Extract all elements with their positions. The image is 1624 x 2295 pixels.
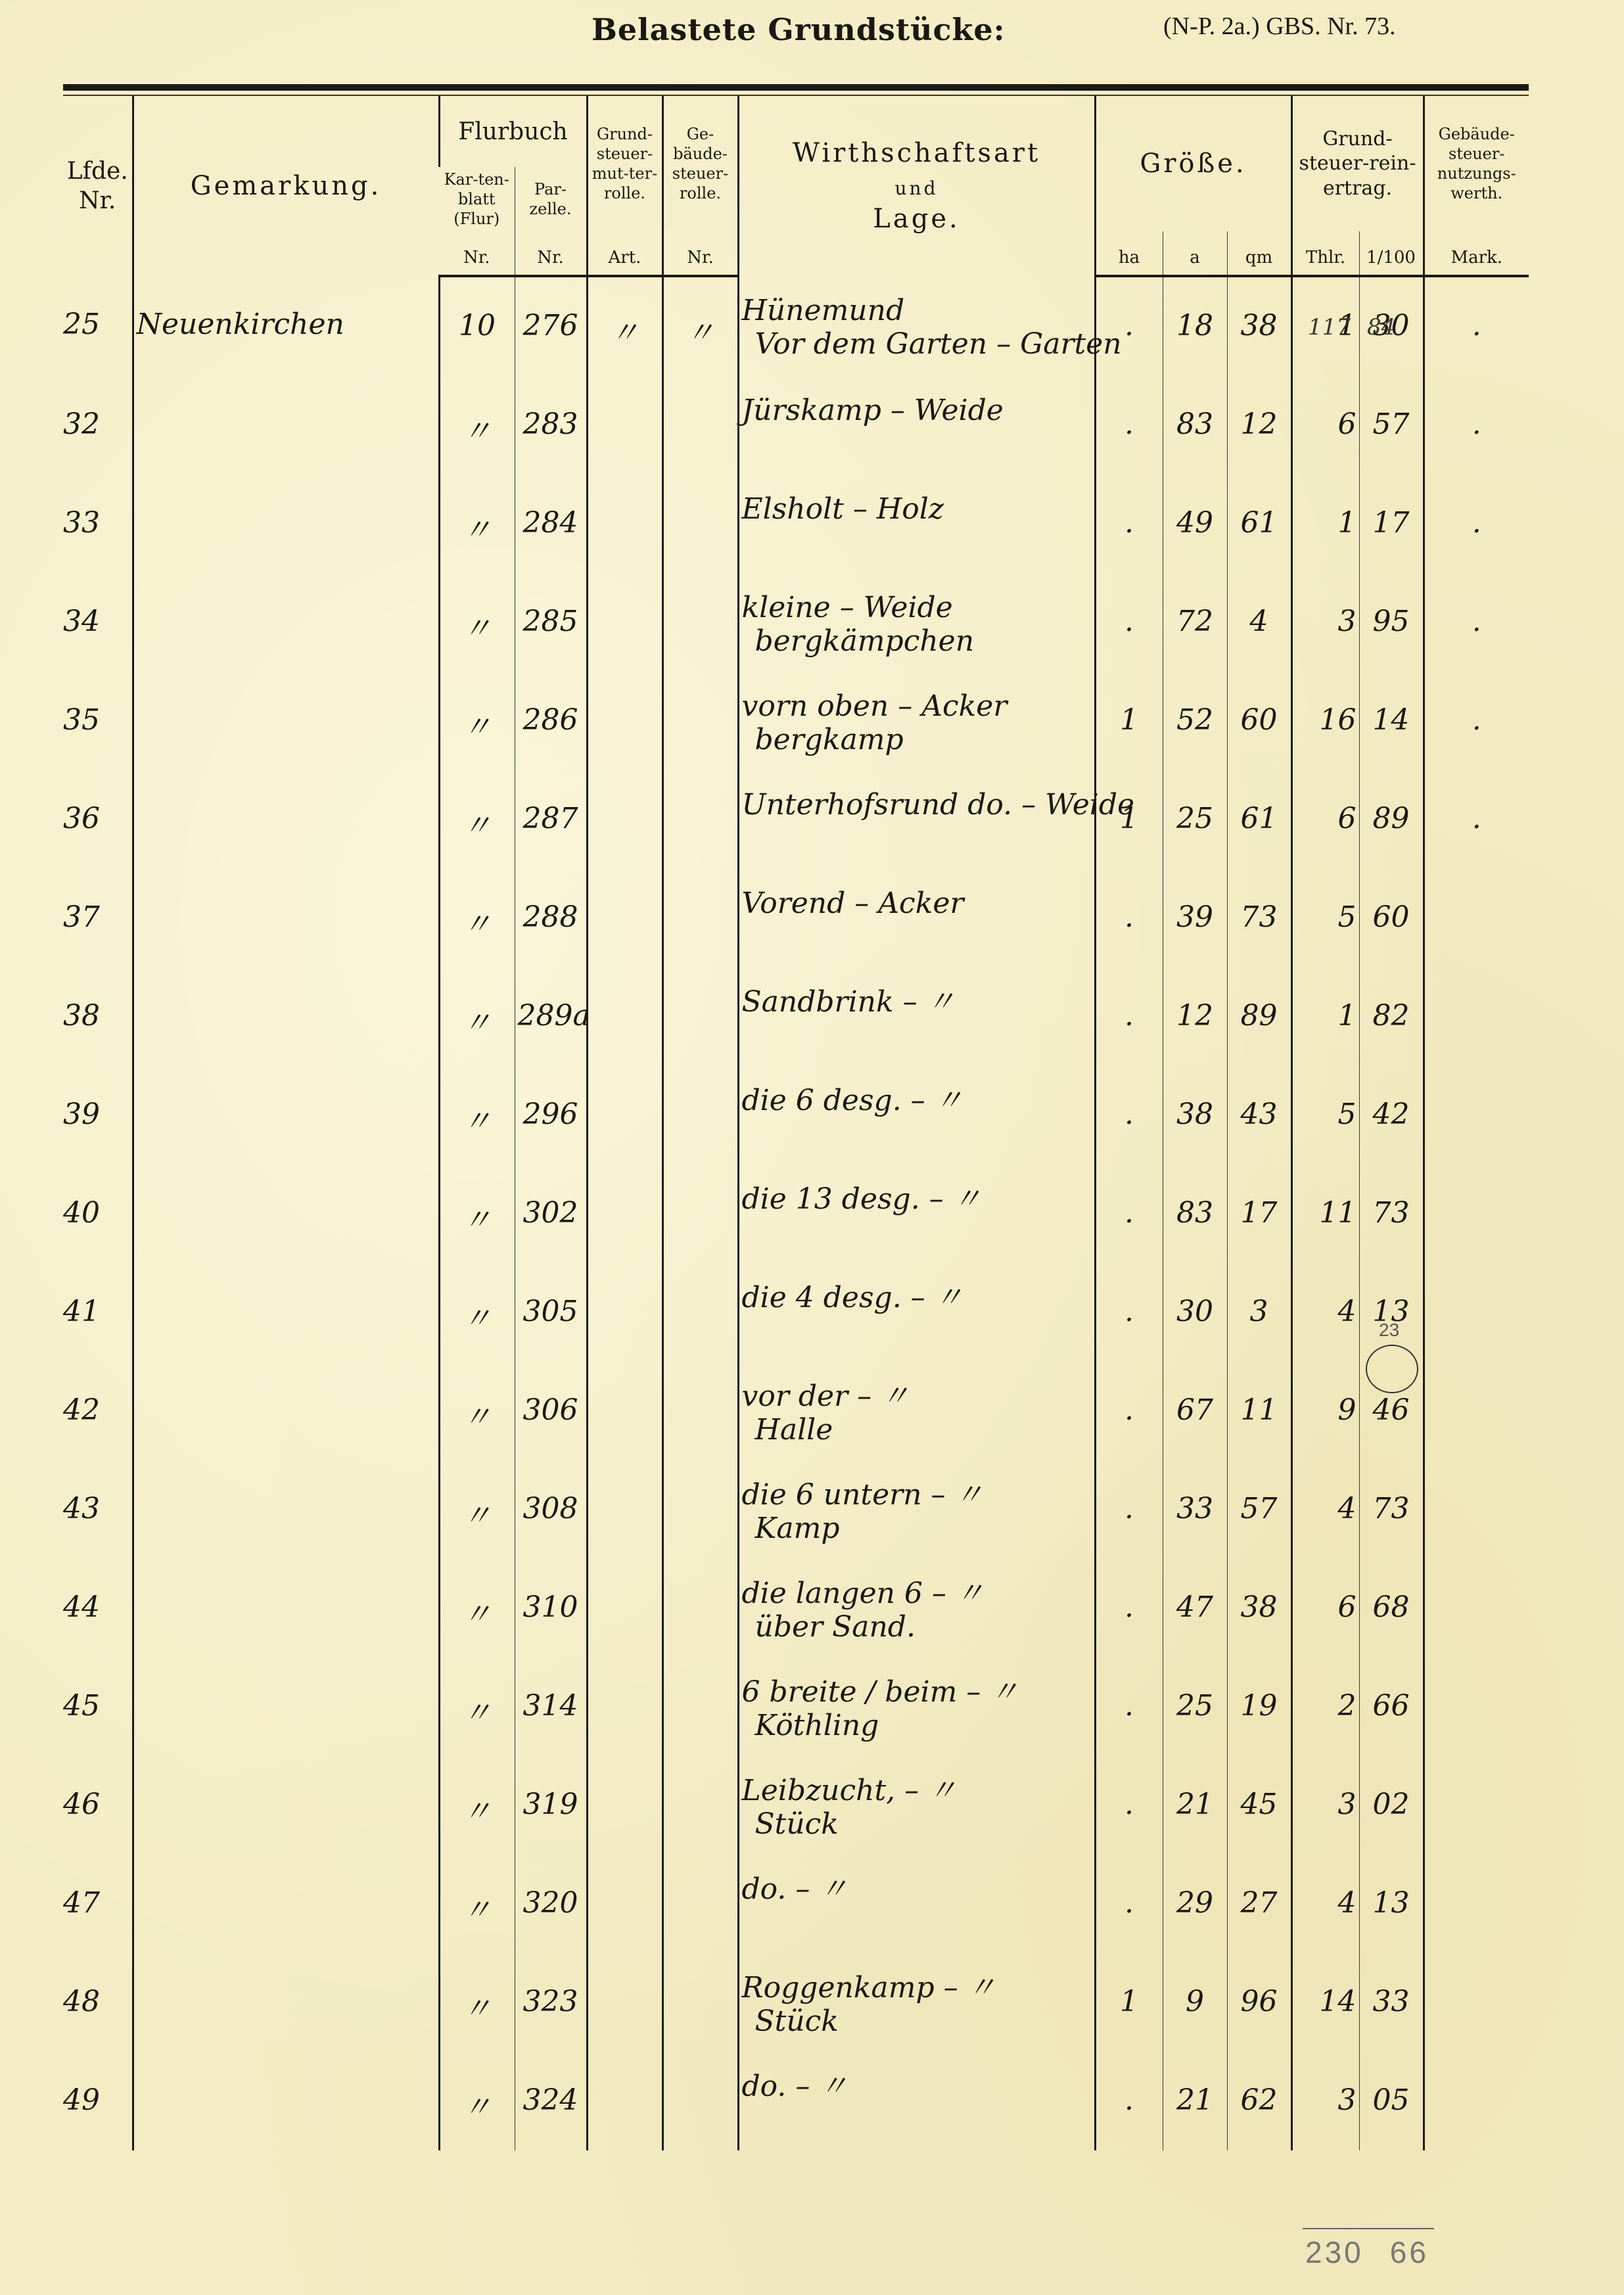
row-qm: 61 [1227,475,1291,573]
row-lfd-nr: 36 [63,770,133,869]
table-row: 41〃305die 4 desg. – 〃.303413 [63,1263,1529,1362]
row-kartenblatt: 〃 [439,1559,515,1657]
row-gemarkung [133,1756,439,1855]
row-gebaeuderolle-nr [662,376,738,475]
row-mark [1424,1855,1529,1953]
row-lfd-nr: 45 [63,1657,133,1756]
row-qm: 73 [1227,869,1291,967]
lage-line-2: Vor dem Garten – Garten [742,328,1092,361]
row-hundredths: 68 [1359,1559,1424,1657]
row-gebaeuderolle-nr [662,1657,738,1756]
row-hundredths: 02 [1359,1756,1424,1855]
row-gemarkung: Neuenkirchen [133,276,439,376]
lage-line-1: kleine – Weide [742,591,953,624]
row-mutterrolle-art [587,869,662,967]
row-hundredths: 73 [1359,1460,1424,1559]
row-gemarkung [133,573,439,672]
lage-line-1: die 6 untern – 〃 [742,1478,984,1512]
col-header-gebaeudesteuerrolle: Ge-bäude-steuer-rolle. [662,96,738,231]
row-gemarkung [133,967,439,1066]
row-hundredths: 05 [1359,2052,1424,2150]
row-lfd-nr: 38 [63,967,133,1066]
col-header-grundsteuermutterrolle: Grund-steuer-mut-ter-rolle. [587,96,662,231]
row-gemarkung [133,2052,439,2150]
row-qm: 3 [1227,1263,1291,1362]
row-wirthschaftsart: die 6 untern – 〃Kamp [738,1460,1095,1559]
row-qm: 62 [1227,2052,1291,2150]
col-header-flurbuch: Flurbuch [439,96,587,167]
row-mutterrolle-art [587,1559,662,1657]
row-mark [1424,1066,1529,1165]
row-mark [1424,2052,1529,2150]
row-ha: . [1095,1362,1163,1460]
row-mutterrolle-art [587,2052,662,2150]
row-qm: 61 [1227,770,1291,869]
row-mutterrolle-art [587,1165,662,1263]
lage-line-1: Roggenkamp – 〃 [742,1971,996,2005]
row-qm: 19 [1227,1657,1291,1756]
row-mark [1424,1953,1529,2052]
row-hundredths: 14 [1359,672,1424,770]
form-code: (N-P. 2a.) GBS. Nr. 73. [1163,12,1396,41]
row-mark: . [1424,276,1529,376]
row-wirthschaftsart: Leibzucht, – 〃Stück [738,1756,1095,1855]
row-a: 49 [1163,475,1227,573]
table-row: 38〃289aSandbrink – 〃.1289182 [63,967,1529,1066]
lage-line-2: Halle [742,1414,1092,1447]
row-wirthschaftsart: Sandbrink – 〃 [738,967,1095,1066]
row-mark [1424,967,1529,1066]
row-hundredths: 73 [1359,1165,1424,1263]
row-kartenblatt: 〃 [439,2052,515,2150]
row-wirthschaftsart: vorn oben – Ackerbergkamp [738,672,1095,770]
row-mutterrolle-art [587,1953,662,2052]
row-hundredths: 17 [1359,475,1424,573]
unit-thlr: Thlr. [1291,231,1359,276]
row-parzelle: 323 [515,1953,587,2052]
row-a: 67 [1163,1362,1227,1460]
row-a: 12 [1163,967,1227,1066]
row-ha: . [1095,1657,1163,1756]
row-kartenblatt: 〃 [439,1953,515,2052]
row-gebaeuderolle-nr [662,1165,738,1263]
col-header-groesse: Größe. [1095,96,1291,231]
row-lfd-nr: 44 [63,1559,133,1657]
row-gemarkung [133,1657,439,1756]
row-mutterrolle-art [587,1066,662,1165]
unit-hundredths: 1/100 [1359,231,1424,276]
register-table: Lfde. Nr. Gemarkung. Flurbuch Grund-steu… [63,96,1529,2150]
carry-over-hundredths: 84 [1367,314,1395,340]
row-lfd-nr: 32 [63,376,133,475]
row-mark [1424,1756,1529,1855]
unit-kartenblatt-nr: Nr. [439,231,515,276]
lage-line-1: Jürskamp – Weide [742,394,1004,427]
row-mutterrolle-art [587,1855,662,1953]
row-ha: 1 [1095,1953,1163,2052]
row-gemarkung [133,672,439,770]
row-a: 72 [1163,573,1227,672]
table-row: 37〃288Vorend – Acker.3973560 [63,869,1529,967]
row-thlr: 4 [1291,1460,1359,1559]
carry-over-thlr: 117 [1308,314,1351,340]
row-hundredths: 42 [1359,1066,1424,1165]
row-gebaeuderolle-nr [662,1263,738,1362]
table-row: 44〃310die langen 6 – 〃über Sand..4738668 [63,1559,1529,1657]
lage-line-1: Elsholt – Holz [742,492,944,526]
correction-note: 23 [1379,1320,1399,1341]
row-gemarkung [133,869,439,967]
row-qm: 38 [1227,276,1291,376]
row-thlr: 6 [1291,1559,1359,1657]
row-gebaeuderolle-nr [662,1066,738,1165]
row-gemarkung [133,1559,439,1657]
row-mutterrolle-art [587,475,662,573]
lage-line-1: Hünemund [742,294,905,327]
row-thlr: 3 [1291,573,1359,672]
row-gebaeuderolle-nr [662,1460,738,1559]
row-qm: 27 [1227,1855,1291,1953]
row-lfd-nr: 39 [63,1066,133,1165]
row-lfd-nr: 35 [63,672,133,770]
row-mutterrolle-art [587,1362,662,1460]
row-gemarkung [133,376,439,475]
lage-line-2: Köthling [742,1709,1092,1743]
row-lfd-nr: 49 [63,2052,133,2150]
row-lfd-nr: 42 [63,1362,133,1460]
row-a: 25 [1163,770,1227,869]
row-wirthschaftsart: do. – 〃 [738,1855,1095,1953]
lage-line-1: die langen 6 – 〃 [742,1577,985,1610]
row-thlr: 9 [1291,1362,1359,1460]
lage-line-2: über Sand. [742,1611,1092,1644]
row-parzelle: 320 [515,1855,587,1953]
lage-line-1: vor der – 〃 [742,1379,910,1413]
row-ha: . [1095,1559,1163,1657]
header-rule-thick [63,84,1529,91]
lage-line-1: Unterhofsrund do. – Weide [742,788,1135,822]
row-parzelle: 305 [515,1263,587,1362]
table-row: 34〃285kleine – Weidebergkämpchen.724395. [63,573,1529,672]
row-thlr: 4 [1291,1263,1359,1362]
row-gebaeuderolle-nr [662,573,738,672]
row-gebaeuderolle-nr [662,672,738,770]
row-lfd-nr: 34 [63,573,133,672]
row-lfd-nr: 41 [63,1263,133,1362]
row-kartenblatt: 〃 [439,1657,515,1756]
row-mutterrolle-art: 〃 [587,276,662,376]
row-mutterrolle-art [587,1460,662,1559]
row-mark: . [1424,475,1529,573]
row-mark: . [1424,672,1529,770]
row-lfd-nr: 48 [63,1953,133,2052]
total-rule [1303,2228,1434,2229]
row-kartenblatt: 10 [439,276,515,376]
table-row: 42〃306vor der – 〃Halle.6711946 [63,1362,1529,1460]
row-qm: 43 [1227,1066,1291,1165]
row-parzelle: 302 [515,1165,587,1263]
lage-line-1: do. – 〃 [742,1872,848,1906]
row-lfd-nr: 47 [63,1855,133,1953]
row-ha: . [1095,1263,1163,1362]
row-gemarkung [133,1165,439,1263]
row-thlr: 11 [1291,1165,1359,1263]
row-wirthschaftsart: Vorend – Acker [738,869,1095,967]
row-gemarkung [133,770,439,869]
lage-line-2: Stück [742,2005,1092,2039]
row-thlr: 1 [1291,967,1359,1066]
row-gemarkung [133,1066,439,1165]
lage-line-2: bergkamp [742,724,1092,757]
row-thlr: 6 [1291,770,1359,869]
row-mutterrolle-art [587,967,662,1066]
row-gemarkung [133,1855,439,1953]
row-wirthschaftsart: HünemundVor dem Garten – Garten [738,276,1095,376]
unit-parzelle-nr: Nr. [515,231,587,276]
row-mutterrolle-art [587,1756,662,1855]
row-hundredths: 66 [1359,1657,1424,1756]
lage-line-2: bergkämpchen [742,625,1092,659]
unit-gebaeuderolle-nr: Nr. [662,231,738,276]
row-hundredths: 60 [1359,869,1424,967]
row-parzelle: 308 [515,1460,587,1559]
lage-line-1: Sandbrink – 〃 [742,985,956,1019]
table-row: 39〃296die 6 desg. – 〃.3843542 [63,1066,1529,1165]
row-lfd-nr: 40 [63,1165,133,1263]
row-parzelle: 284 [515,475,587,573]
row-a: 30 [1163,1263,1227,1362]
page-title: Belastete Grundstücke: [592,12,1006,47]
row-kartenblatt: 〃 [439,869,515,967]
row-hundredths: 33 [1359,1953,1424,2052]
row-hundredths: 57 [1359,376,1424,475]
row-parzelle: 296 [515,1066,587,1165]
row-gemarkung [133,475,439,573]
row-parzelle: 319 [515,1756,587,1855]
row-ha: . [1095,2052,1163,2150]
row-lfd-nr: 46 [63,1756,133,1855]
row-mark [1424,1559,1529,1657]
row-ha: . [1095,1066,1163,1165]
row-gebaeuderolle-nr [662,1756,738,1855]
row-a: 29 [1163,1855,1227,1953]
row-parzelle: 283 [515,376,587,475]
row-a: 39 [1163,869,1227,967]
row-qm: 60 [1227,672,1291,770]
row-mutterrolle-art [587,1263,662,1362]
row-a: 21 [1163,2052,1227,2150]
row-qm: 17 [1227,1165,1291,1263]
row-ha: 1 [1095,672,1163,770]
lage-line-1: die 4 desg. – 〃 [742,1281,963,1314]
total-sum: 23066 [1305,2235,1429,2270]
row-kartenblatt: 〃 [439,573,515,672]
row-qm: 11 [1227,1362,1291,1460]
table-row: 35〃286vorn oben – Ackerbergkamp152601614… [63,672,1529,770]
lage-line-1: 6 breite / beim – 〃 [742,1675,1019,1709]
row-mark [1424,1165,1529,1263]
row-thlr: 1 [1291,475,1359,573]
col-header-gemarkung: Gemarkung. [133,96,439,276]
row-lfd-nr: 43 [63,1460,133,1559]
row-mark [1424,1362,1529,1460]
correction-circle [1366,1345,1418,1393]
row-gebaeuderolle-nr [662,1559,738,1657]
table-row: 40〃302die 13 desg. – 〃.83171173 [63,1165,1529,1263]
lage-line-1: Leibzucht, – 〃 [742,1774,958,1807]
lage-line-2: Stück [742,1808,1092,1842]
row-kartenblatt: 〃 [439,1460,515,1559]
row-ha: . [1095,869,1163,967]
row-wirthschaftsart: 6 breite / beim – 〃Köthling [738,1657,1095,1756]
table-row: 46〃319Leibzucht, – 〃Stück.2145302 [63,1756,1529,1855]
row-qm: 96 [1227,1953,1291,2052]
row-hundredths: 89 [1359,770,1424,869]
row-wirthschaftsart: vor der – 〃Halle [738,1362,1095,1460]
row-parzelle: 324 [515,2052,587,2150]
row-lfd-nr: 25 [63,276,133,376]
col-header-lfd-nr: Lfde. Nr. [63,96,133,276]
unit-mutterrolle-art: Art. [587,231,662,276]
row-kartenblatt: 〃 [439,967,515,1066]
row-mark [1424,1460,1529,1559]
row-mutterrolle-art [587,376,662,475]
lage-line-1: die 6 desg. – 〃 [742,1084,963,1117]
total-hundredths: 66 [1390,2235,1429,2269]
lage-line-2: Kamp [742,1512,1092,1546]
table-row: 45〃3146 breite / beim – 〃Köthling.251926… [63,1657,1529,1756]
row-qm: 57 [1227,1460,1291,1559]
row-parzelle: 314 [515,1657,587,1756]
row-qm: 45 [1227,1756,1291,1855]
row-thlr: 5 [1291,869,1359,967]
row-wirthschaftsart: die 4 desg. – 〃 [738,1263,1095,1362]
row-kartenblatt: 〃 [439,1855,515,1953]
table-row: 33〃284Elsholt – Holz.4961117. [63,475,1529,573]
row-thlr: 5 [1291,1066,1359,1165]
row-ha: . [1095,1855,1163,1953]
row-ha: . [1095,967,1163,1066]
lage-line-1: do. – 〃 [742,2070,848,2103]
row-parzelle: 310 [515,1559,587,1657]
col-header-gebaeudesteuernutzungswerth: Gebäude-steuer-nutzungs-werth. [1424,96,1529,231]
row-gemarkung [133,1263,439,1362]
table-row: 43〃308die 6 untern – 〃Kamp.3357473 [63,1460,1529,1559]
row-kartenblatt: 〃 [439,672,515,770]
unit-mark: Mark. [1424,231,1529,276]
row-wirthschaftsart: do. – 〃 [738,2052,1095,2150]
row-a: 52 [1163,672,1227,770]
row-kartenblatt: 〃 [439,1756,515,1855]
row-mark [1424,869,1529,967]
row-a: 83 [1163,1165,1227,1263]
row-ha: . [1095,573,1163,672]
unit-ha: ha [1095,231,1163,276]
row-parzelle: 288 [515,869,587,967]
col-header-parzelle: Par-zelle. [515,167,587,231]
row-parzelle: 289a [515,967,587,1066]
lage-line-1: vorn oben – Acker [742,689,1008,723]
row-mark [1424,1263,1529,1362]
row-parzelle: 285 [515,573,587,672]
row-kartenblatt: 〃 [439,475,515,573]
row-gebaeuderolle-nr [662,967,738,1066]
row-kartenblatt: 〃 [439,1362,515,1460]
row-mark [1424,1657,1529,1756]
row-thlr: 16 [1291,672,1359,770]
row-thlr: 14 [1291,1953,1359,2052]
col-header-grundsteuerreinertrag: Grund-steuer-rein-ertrag. [1291,96,1424,231]
row-gebaeuderolle-nr [662,2052,738,2150]
row-kartenblatt: 〃 [439,376,515,475]
row-ha: . [1095,1165,1163,1263]
row-a: 83 [1163,376,1227,475]
row-wirthschaftsart: Roggenkamp – 〃Stück [738,1953,1095,2052]
col-header-kartenblatt: Kar-ten-blatt (Flur) [439,167,515,231]
row-thlr: 3 [1291,1756,1359,1855]
row-qm: 89 [1227,967,1291,1066]
row-mutterrolle-art [587,1657,662,1756]
lage-line-1: Vorend – Acker [742,887,964,920]
row-ha: . [1095,1460,1163,1559]
row-a: 9 [1163,1953,1227,2052]
table-row: 48〃323Roggenkamp – 〃Stück19961433 [63,1953,1529,2052]
row-wirthschaftsart: Jürskamp – Weide [738,376,1095,475]
row-gebaeuderolle-nr [662,1855,738,1953]
row-parzelle: 286 [515,672,587,770]
row-gebaeuderolle-nr [662,1362,738,1460]
row-hundredths: 13 [1359,1855,1424,1953]
row-lfd-nr: 37 [63,869,133,967]
row-ha: . [1095,1756,1163,1855]
row-a: 25 [1163,1657,1227,1756]
row-qm: 12 [1227,376,1291,475]
table-row: 49〃324do. – 〃.2162305 [63,2052,1529,2150]
total-thlr: 230 [1305,2235,1364,2269]
row-ha: . [1095,475,1163,573]
row-gemarkung [133,1362,439,1460]
row-mark: . [1424,770,1529,869]
row-kartenblatt: 〃 [439,1263,515,1362]
row-wirthschaftsart: die langen 6 – 〃über Sand. [738,1559,1095,1657]
row-thlr: 4 [1291,1855,1359,1953]
row-a: 21 [1163,1756,1227,1855]
row-gebaeuderolle-nr [662,770,738,869]
row-wirthschaftsart: die 6 desg. – 〃 [738,1066,1095,1165]
row-thlr: 2 [1291,1657,1359,1756]
row-gebaeuderolle-nr [662,869,738,967]
row-kartenblatt: 〃 [439,1066,515,1165]
table-row: 36〃287Unterhofsrund do. – Weide12561689. [63,770,1529,869]
row-gebaeuderolle-nr [662,1953,738,2052]
table-row: 47〃320do. – 〃.2927413 [63,1855,1529,1953]
row-hundredths: 82 [1359,967,1424,1066]
row-lfd-nr: 33 [63,475,133,573]
row-gebaeuderolle-nr: 〃 [662,276,738,376]
row-a: 33 [1163,1460,1227,1559]
row-parzelle: 306 [515,1362,587,1460]
row-kartenblatt: 〃 [439,1165,515,1263]
row-hundredths: 95 [1359,573,1424,672]
row-wirthschaftsart: die 13 desg. – 〃 [738,1165,1095,1263]
row-gemarkung [133,1460,439,1559]
row-qm: 38 [1227,1559,1291,1657]
row-ha: . [1095,276,1163,376]
row-a: 38 [1163,1066,1227,1165]
unit-a: a [1163,231,1227,276]
lage-line-1: die 13 desg. – 〃 [742,1182,982,1216]
row-wirthschaftsart: Elsholt – Holz [738,475,1095,573]
